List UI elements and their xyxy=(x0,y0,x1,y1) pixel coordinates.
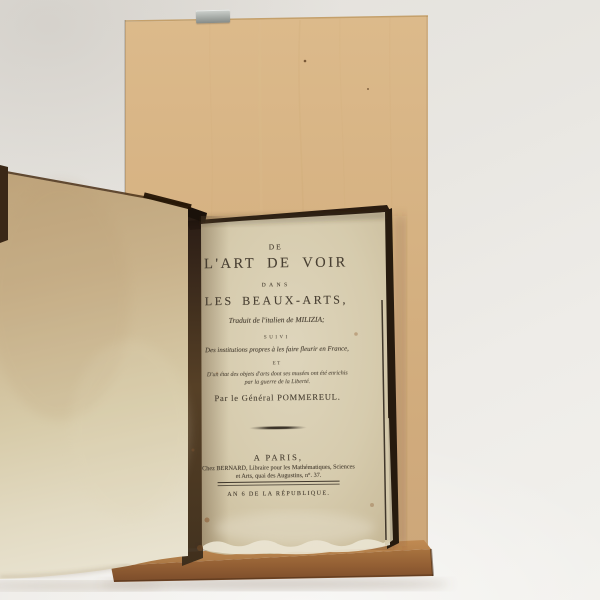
author-line: Par le Général POMMEREUL. xyxy=(179,391,377,403)
title-page-text: DE L'ART DE VOIR DANS LES BEAUX-ARTS, Tr… xyxy=(174,1,379,600)
et-label: ET xyxy=(178,360,376,367)
etat-line-1: D'un état des objets d'arts dont ses mus… xyxy=(178,370,376,378)
double-rule xyxy=(218,481,340,487)
half-title: DE xyxy=(177,241,375,252)
etat-line-2: par la guerre de la Liberté. xyxy=(178,378,376,386)
imprint-place: A PARIS, xyxy=(179,451,377,463)
photo-scene: DE L'ART DE VOIR DANS LES BEAUX-ARTS, Tr… xyxy=(0,0,600,600)
institutions-line: Des institutions propres à les faire fle… xyxy=(178,345,376,354)
swelled-rule xyxy=(241,426,315,430)
open-front-cover xyxy=(0,165,191,579)
subtitle: LES BEAUX-ARTS, xyxy=(177,292,375,309)
imprint-date: AN 6 DE LA RÉPUBLIQUE. xyxy=(180,489,378,498)
suivi-label: SUIVI xyxy=(178,334,376,341)
main-title: L'ART DE VOIR xyxy=(177,254,375,273)
imprint-publisher-2: et Arts, quai des Augustins, n°. 37. xyxy=(179,471,377,480)
title-connector: DANS xyxy=(177,281,375,289)
cover-left-leather xyxy=(0,165,8,243)
translation-note: Traduit de l'italien de MILIZIA; xyxy=(178,314,376,325)
